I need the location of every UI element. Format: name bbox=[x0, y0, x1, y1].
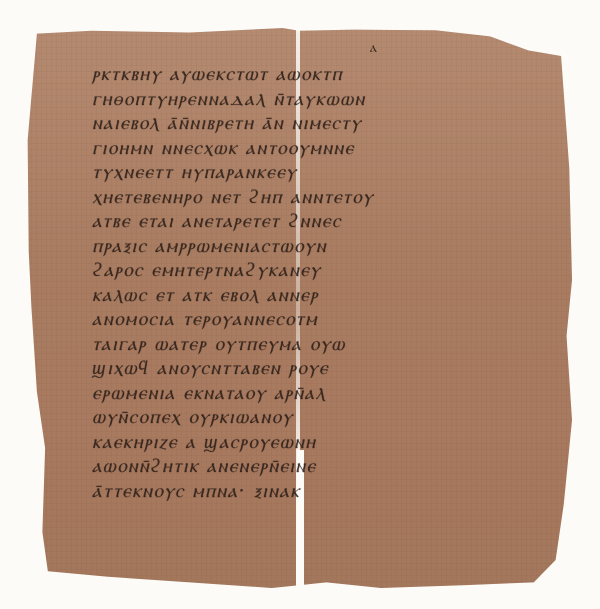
text-line: ⲉⲣⲱⲙⲉⲛⲓⲁ ⲉⲕⲛⲁⲧⲁⲟⲩ ⲁⲣⲛ̄ⲁⲗ bbox=[92, 381, 562, 406]
text-line: ⲭⲏⲉⲧⲉⲃⲉⲛⲏⲣⲟ ⲛⲉⲧ ϩⲏⲡ ⲁⲛⲛⲧⲉⲧⲟⲩ bbox=[92, 185, 562, 210]
text-line: ⲁⲛⲟⲙⲟⲥⲓⲁ ⲧⲉⲣⲟⲩⲁⲛⲛⲉⲥⲟⲧⲙ bbox=[92, 307, 562, 332]
text-line: ⲕⲁⲉⲕⲏⲣⲓⲍⲉ ⲁ ϣⲁⲥⲣⲟⲩⲉⲱⲛⲏ bbox=[92, 430, 562, 455]
text-line: ⲅⲏⲑⲟⲡⲧⲩⲏⲣⲉⲛⲛⲁⲇⲁⲗ ⲛ̄ⲧⲁⲩⲕⲱⲱⲛ bbox=[92, 87, 562, 112]
text-line: ⲁ̄ⲧⲧⲉⲕⲛⲟⲩⲥ ⲙⲡⲛⲁ· ⲝⲓⲛⲁⲕ bbox=[92, 479, 562, 504]
text-line: ϣⲓⲭⲱϥ ⲁⲛⲟⲩⲥⲛⲧⲧⲁⲃⲉⲛ ⲣⲟⲩⲉ bbox=[92, 356, 562, 381]
text-line: ⲣⲕⲧⲕⲃⲏⲩ ⲁⲩⲱⲉⲕⲥⲧⲱⲧ ⲁⲱⲟⲕⲧⲡ bbox=[92, 62, 562, 87]
text-line: ⲧⲁⲓⲅⲁⲣ ⲱⲁⲧⲉⲣ ⲟⲩⲧⲡⲉⲩⲙⲁ ⲟⲩⲱ bbox=[92, 332, 562, 357]
page-marker: ⲁ bbox=[370, 40, 377, 56]
text-line: ⲅⲓⲟⲏⲙⲛ ⲛⲛⲉⲥⲭⲱⲕ ⲁⲛⲧⲟⲟⲩⲙⲛⲛⲉ bbox=[92, 136, 562, 161]
text-line: ⲁⲧⲃⲉ ⲉⲧⲁⲓ ⲁⲛⲉⲧⲁⲣⲉⲧⲉⲧ ϩⲛⲛⲉⲥ bbox=[92, 209, 562, 234]
manuscript-text: ⲣⲕⲧⲕⲃⲏⲩ ⲁⲩⲱⲉⲕⲥⲧⲱⲧ ⲁⲱⲟⲕⲧⲡ ⲅⲏⲑⲟⲡⲧⲩⲏⲣⲉⲛⲛⲁⲇⲁ… bbox=[92, 62, 562, 503]
text-line: ϩⲁⲣⲟⲥ ⲉⲙⲏⲧⲉⲣⲧⲛⲁϩⲩⲕⲁⲛⲉⲩ bbox=[92, 258, 562, 283]
text-line: ⲡⲣⲁⲝⲓⲥ ⲁⲙⲣⲣⲱⲙⲉⲛⲓⲁⲥⲧⲱⲟⲩⲛ bbox=[92, 234, 562, 259]
text-line: ⲛⲁⲓⲉⲃⲟⲗ ⲁ̄ⲛ̄ⲛⲓⲃⲣⲉⲧⲏ ⲁ̄ⲛ ⲛⲓⲙⲉⲥⲧⲩ bbox=[92, 111, 562, 136]
text-line: ⲧⲩⲭⲛⲉⲉⲧⲧ ⲏⲩⲡⲁⲣⲁⲛⲕⲉⲉⲩ bbox=[92, 160, 562, 185]
text-line: ⲱⲩⲛ̄ⲥⲟⲡⲉⲭ ⲟⲩⲣⲕⲓⲱⲁⲛⲟⲩ bbox=[92, 405, 562, 430]
text-line: ⲕⲁⲗⲱⲥ ⲉⲧ ⲁⲧⲕ ⲉⲃⲟⲗ ⲁⲛⲛⲉⲣ bbox=[92, 283, 562, 308]
text-line: ⲁⲱⲟⲛⲛ̄ϩⲏⲧⲓⲕ ⲁⲛⲉⲛⲉⲣⲛ̄ⲉⲓⲛⲉ bbox=[92, 454, 562, 479]
